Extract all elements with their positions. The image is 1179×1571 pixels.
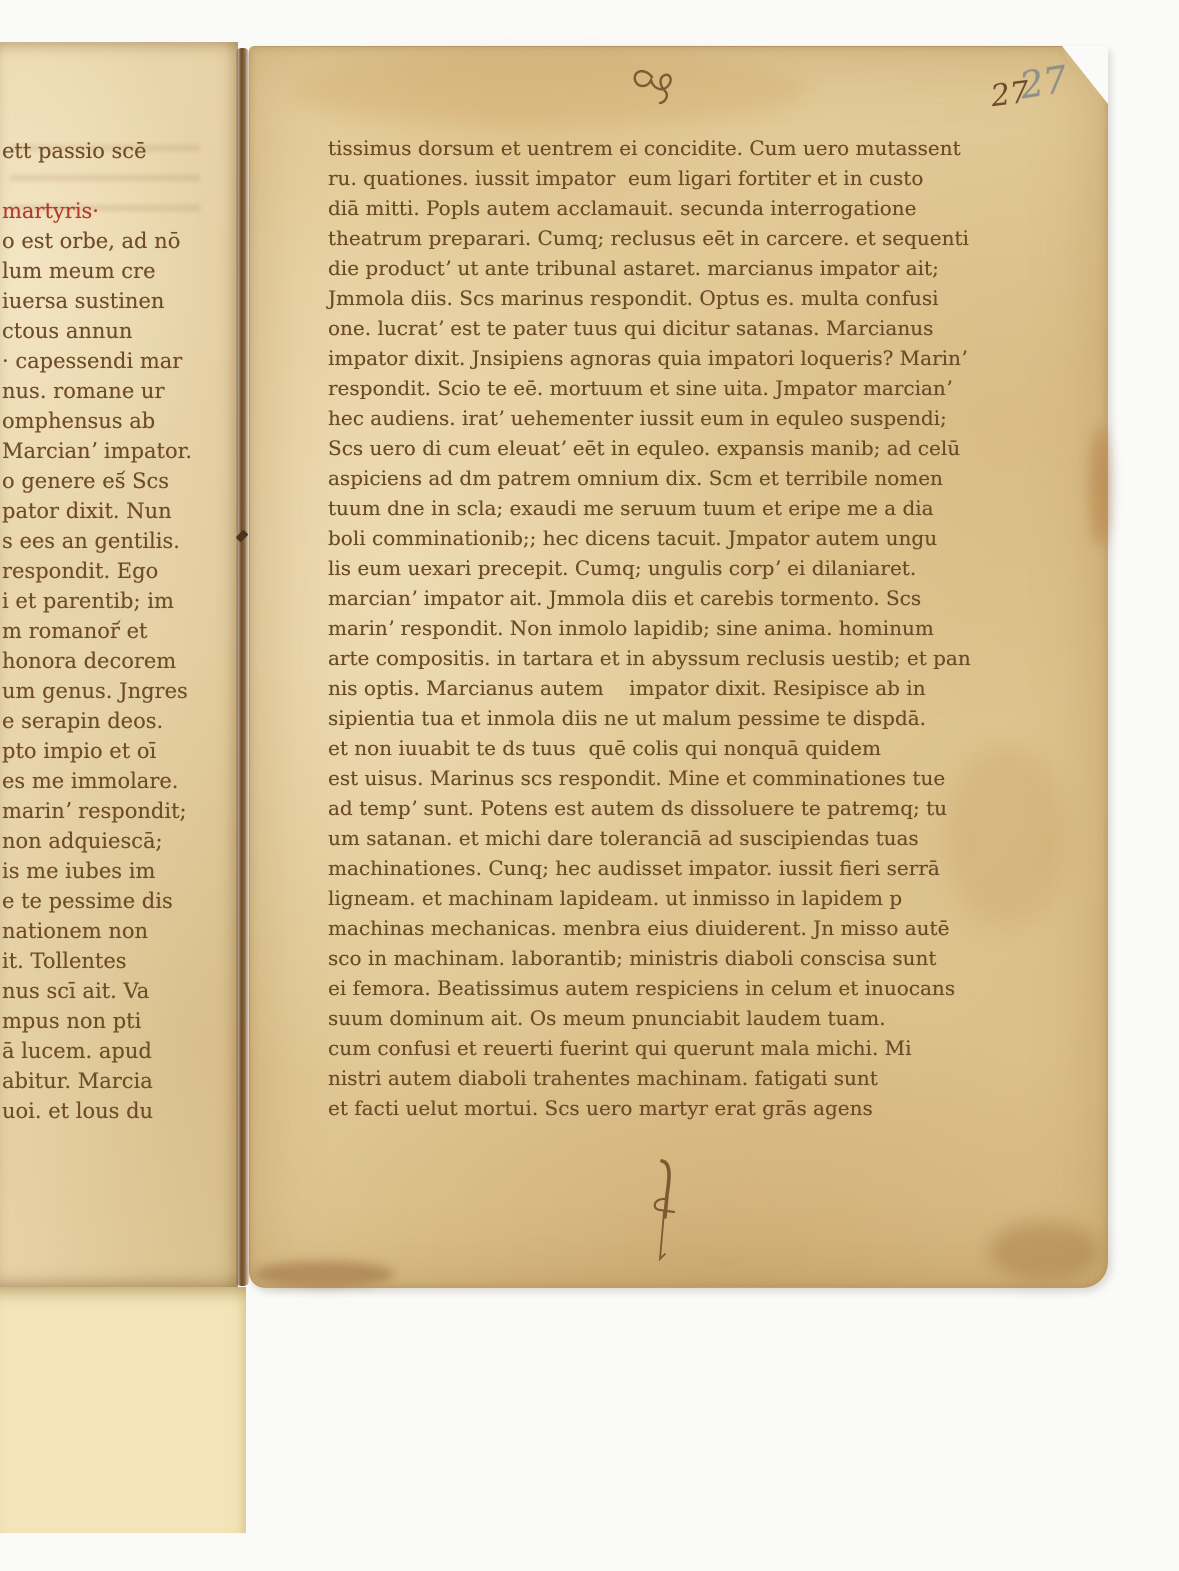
binding-gutter [236,48,249,1286]
folio-number-pencil: 27 [1017,58,1070,108]
manuscript-line: machinationes. Cunq; hec audisset impato… [328,853,1018,883]
manuscript-line: respondit. Scio te eē. mortuum et sine u… [328,373,1018,403]
manuscript-line: nationem non [2,916,238,946]
manuscript-line: non adquiescā; [2,826,238,856]
parchment-stain [989,1221,1099,1281]
manuscript-line: pator dixit. Nun [2,496,238,526]
manuscript-line: ru. quationes. iussit impator eum ligari… [328,163,1018,193]
manuscript-line: o est orbe, ad nō [2,226,238,256]
manuscript-line: one. lucratʼ est te pater tuus qui dicit… [328,313,1018,343]
manuscript-line: is me iubes im [2,856,238,886]
manuscript-line [2,166,238,196]
manuscript-line: lis eum uexari precepit. Cumq; ungulis c… [328,553,1018,583]
manuscript-line: hec audiens. iratʼ uehementer iussit eum… [328,403,1018,433]
page-text-block: tissimus dorsum et uentrem ei concidite.… [328,133,1018,1123]
manuscript-line: iuersa sustinen [2,286,238,316]
manuscript-line: pto impio et oī [2,736,238,766]
quire-mark-icon [628,61,692,115]
manuscript-line: cum confusi et reuerti fuerint qui queru… [328,1033,1018,1063]
manuscript-line: boli comminationib;; hec dicens tacuit. … [328,523,1018,553]
manuscript-line: die productʼ ut ante tribunal astaret. m… [328,253,1018,283]
manuscript-line: suum dominum ait. Os meum pnunciabit lau… [328,1003,1018,1033]
manuscript-line: o genere es᷄ Scs [2,466,238,496]
manuscript-line: ad tempʼ sunt. Potens est autem ds disso… [328,793,1018,823]
manuscript-line: nistri autem diaboli trahentes machinam.… [328,1063,1018,1093]
left-page-fragment: ett passio scēmartyris·o est orbe, ad nō… [0,42,238,1287]
manuscript-line: ligneam. et machinam lapideam. ut inmiss… [328,883,1018,913]
manuscript-line: m romanor᷄ et [2,616,238,646]
manuscript-line: marcianʼ impator ait. Jmmola diis et car… [328,583,1018,613]
manuscript-line: it. Tollentes [2,946,238,976]
manuscript-line: nus. romane ur [2,376,238,406]
manuscript-line: impator dixit. Jnsipiens agnoras quia im… [328,343,1018,373]
manuscript-line: i et parentib; im [2,586,238,616]
manuscript-line: nis optis. Marcianus autem impator dixit… [328,673,1018,703]
manuscript-line: ett passio scē [2,136,238,166]
manuscript-line: et facti uelut mortui. Scs uero martyr e… [328,1093,1018,1123]
manuscript-line: Jmmola diis. Scs marinus respondit. Optu… [328,283,1018,313]
flyleaf [0,1287,246,1533]
manuscript-line: um genus. Jngres [2,676,238,706]
manuscript-line: e te pessime dis [2,886,238,916]
manuscript-line: um satanan. et michi dare toleranciā ad … [328,823,1018,853]
manuscript-line: et non iuuabit te ds tuus quē colis qui … [328,733,1018,763]
manuscript-photo: ett passio scēmartyris·o est orbe, ad nō… [0,0,1179,1571]
rubric-line: martyris· [2,196,238,226]
manuscript-line: ei femora. Beatissimus autem respiciens … [328,973,1018,1003]
manuscript-line: abitur. Marcia [2,1066,238,1096]
parchment-stain [1089,427,1111,547]
manuscript-line: lum meum cre [2,256,238,286]
manuscript-line: arte compositis. in tartara et in abyssu… [328,643,1018,673]
manuscript-line: ā lucem. apud [2,1036,238,1066]
parchment-stain [254,1261,394,1287]
manuscript-line: diā mitti. Popls autem acclamauit. secun… [328,193,1018,223]
manuscript-line: e serapin deos. [2,706,238,736]
manuscript-line: honora decorem [2,646,238,676]
manuscript-recto-page: 27 27 tissimus dorsum et uentrem ei conc… [249,46,1108,1288]
manuscript-line: tissimus dorsum et uentrem ei concidite.… [328,133,1018,163]
manuscript-line: ctous annun [2,316,238,346]
sewing-hole [236,530,249,543]
manuscript-line: marinʼ respondit. Non inmolo lapidib; si… [328,613,1018,643]
manuscript-line: Marcianʼ impator. [2,436,238,466]
left-page-text-column: ett passio scēmartyris·o est orbe, ad nō… [2,136,238,1126]
manuscript-line: sipientia tua et inmola diis ne ut malum… [328,703,1018,733]
scribal-mark-icon [638,1155,682,1271]
manuscript-line: sco in machinam. laborantib; ministris d… [328,943,1018,973]
manuscript-line: respondit. Ego [2,556,238,586]
manuscript-line: theatrum preparari. Cumq; reclusus eēt i… [328,223,1018,253]
manuscript-line: s ees an gentilis. [2,526,238,556]
manuscript-line: est uisus. Marinus scs respondit. Mine e… [328,763,1018,793]
manuscript-line: mpus non pti [2,1006,238,1036]
manuscript-line: aspiciens ad dm patrem omnium dix. Scm e… [328,463,1018,493]
manuscript-line: tuum dne in scla; exaudi me seruum tuum … [328,493,1018,523]
manuscript-line: es me immolare. [2,766,238,796]
manuscript-line: · capessendi mar [2,346,238,376]
manuscript-line: omphensus ab [2,406,238,436]
manuscript-line: nus scī ait. Va [2,976,238,1006]
manuscript-line: Scs uero di cum eleuatʼ eēt in equleo. e… [328,433,1018,463]
manuscript-line: uoi. et lous du [2,1096,238,1126]
manuscript-line: marinʼ respondit; [2,796,238,826]
manuscript-line: machinas mechanicas. menbra eius diuider… [328,913,1018,943]
parchment-stain [290,55,810,125]
